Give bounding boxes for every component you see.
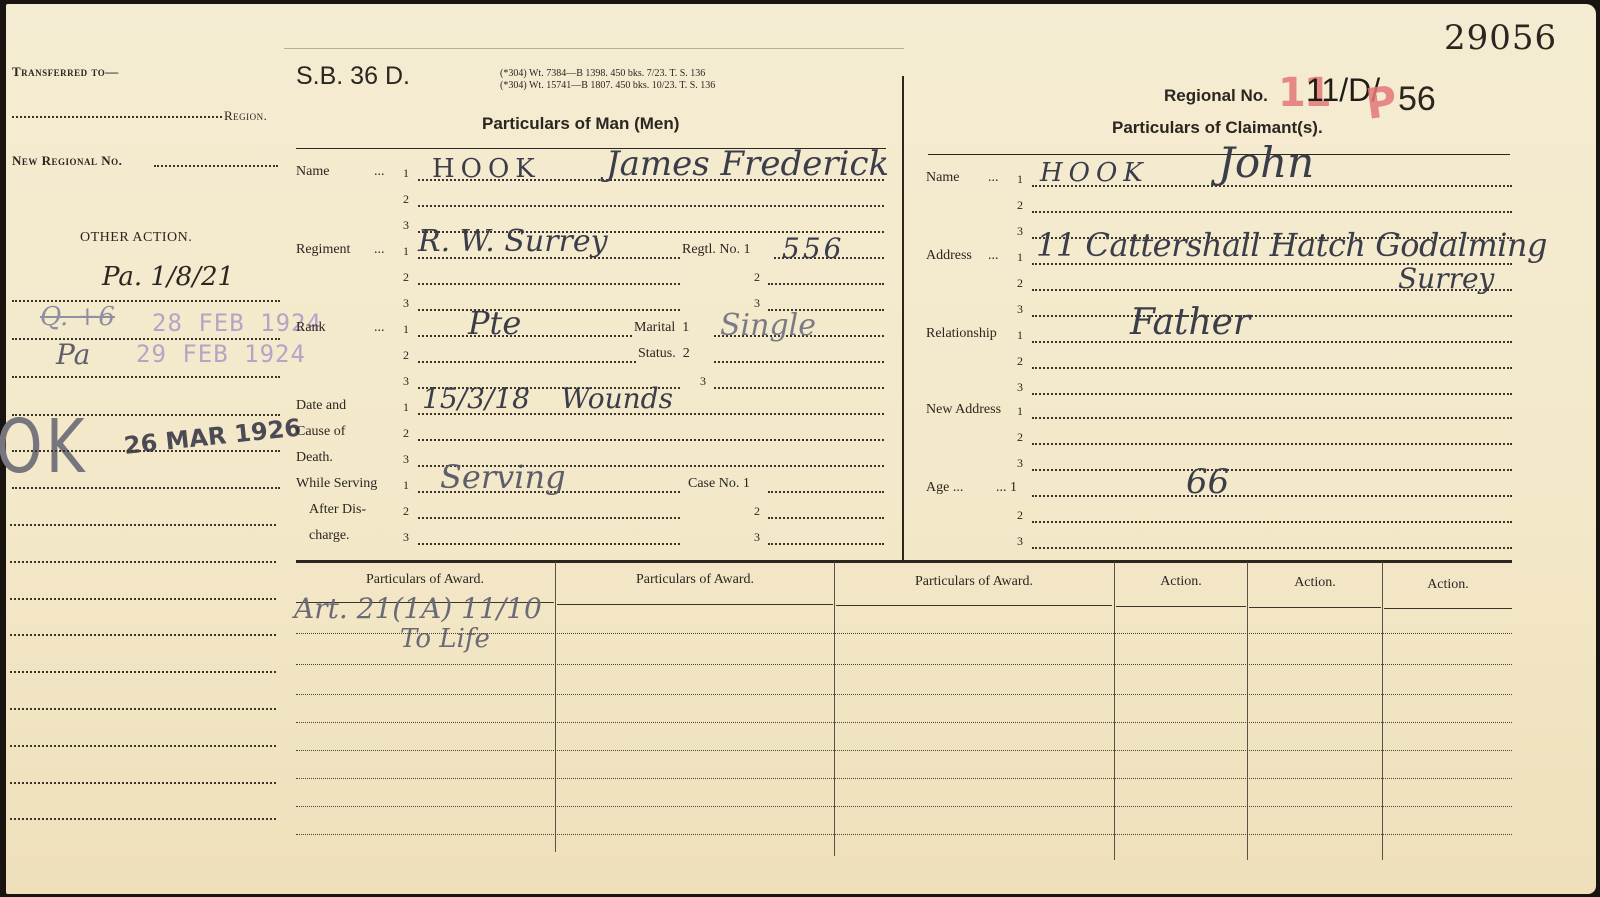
pension-record-card: 29056 Transferred to— Region. New Region… [6, 4, 1596, 894]
while-serving-value: Serving [440, 458, 566, 496]
regiment-value: R. W. Surrey [418, 224, 608, 259]
award-col-divider-4 [1247, 562, 1248, 860]
man-name-line-2 [418, 205, 884, 207]
other-action-line-14 [10, 782, 276, 784]
man-surname: HOOK [432, 154, 541, 184]
claimant-name-line-2-num: 2 [1017, 198, 1023, 213]
region-line [12, 116, 222, 118]
date-cause-of-death-value: 15/3/18 Wounds [422, 382, 673, 415]
marital-line-3 [714, 387, 884, 389]
other-action-line-5 [12, 450, 280, 452]
regtl-no-line-2 [768, 283, 884, 285]
age-value: 66 [1186, 462, 1229, 502]
case-no-label: Case No. 1 [688, 476, 750, 492]
man-name-label: Name [296, 164, 329, 180]
death-line-1-num: 1 [403, 400, 409, 415]
claimant-heading: Particulars of Claimant(s). [1112, 118, 1323, 138]
rank-line-1 [418, 335, 632, 337]
regiment-line-1-num: 1 [403, 244, 409, 259]
address-line-3 [1032, 315, 1512, 317]
award-header-rule-6 [1384, 608, 1512, 609]
rank-label: Rank [296, 320, 326, 336]
claimant-name-label: Name [926, 170, 959, 186]
relationship-line-2-num: 2 [1017, 354, 1023, 369]
other-action-line-12 [10, 708, 276, 710]
case-no-label-text: Case No. [688, 476, 739, 491]
other-action-line-8 [10, 561, 276, 563]
relationship-value: Father [1130, 302, 1250, 343]
other-action-line-9 [10, 598, 276, 600]
new-address-line-2-num: 2 [1017, 430, 1023, 445]
rank-line-2-num: 2 [403, 348, 409, 363]
rank-line-2 [418, 361, 636, 363]
relationship-label: Relationship [926, 326, 997, 342]
award-row-line-5 [296, 750, 1512, 751]
rank-value: Pte [468, 304, 521, 342]
award-row-line-3 [296, 694, 1512, 695]
serving-line-3 [418, 543, 680, 545]
award-col-header-1: Particulars of Award. [296, 572, 554, 588]
claimant-surname: HOOK [1040, 158, 1149, 188]
transferred-to-label: Transferred to— [12, 64, 119, 80]
new-address-line-1-num: 1 [1017, 404, 1023, 419]
new-regional-no-line [154, 165, 278, 167]
address-line-2-num: 2 [1017, 276, 1023, 291]
man-forenames: James Frederick [606, 144, 889, 184]
award-col-divider-5 [1382, 562, 1383, 860]
marital-line-2 [714, 361, 884, 363]
regiment-line-3-num: 3 [403, 296, 409, 311]
after-dis-label: After Dis- [309, 502, 366, 518]
regiment-line-2 [418, 283, 680, 285]
marital-status-value: Single [720, 308, 816, 343]
address-dots-lead: ... [988, 248, 999, 264]
relationship-line-2 [1032, 367, 1512, 369]
age-line-2-num: 2 [1017, 508, 1023, 523]
award-col-divider-2 [834, 562, 835, 856]
award-entry-line-2: To Life [400, 624, 490, 654]
award-col-divider-3 [1114, 562, 1115, 860]
age-line-3 [1032, 547, 1512, 549]
other-action-line-3 [12, 376, 280, 378]
regiment-line-3 [418, 309, 680, 311]
marital-label: Marital 1 [634, 320, 689, 336]
regiment-label: Regiment [296, 242, 350, 258]
case-no-line-2-num: 2 [754, 504, 760, 519]
death-label: Death. [296, 450, 333, 466]
new-address-label: New Address [926, 402, 1001, 418]
claimant-name-line-1-num: 1 [1017, 172, 1023, 187]
age-line-3-num: 3 [1017, 534, 1023, 549]
serving-line-1-num: 1 [403, 478, 409, 493]
action-col-header-1: Action. [1115, 574, 1247, 590]
death-line-2 [418, 439, 884, 441]
form-code: S.B. 36 D. [296, 62, 410, 91]
award-row-line-7 [296, 806, 1512, 807]
relationship-line-3-num: 3 [1017, 380, 1023, 395]
man-name-line-2-num: 2 [403, 192, 409, 207]
age-line-2 [1032, 521, 1512, 523]
regtl-no-label: Regtl. No. 1 [682, 242, 750, 258]
new-address-line-1 [1032, 417, 1512, 419]
other-action-line-7 [10, 524, 276, 526]
address-line-1-num: 1 [1017, 250, 1023, 265]
award-entry-line-1: Art. 21(1A) 11/10 [294, 592, 542, 625]
section-divider [902, 76, 904, 562]
man-heading: Particulars of Man (Men) [482, 114, 679, 134]
relationship-line-1-num: 1 [1017, 328, 1023, 343]
address-value-line-1: 11 Cattershall Hatch Godalming [1036, 226, 1547, 264]
address-value-line-2: Surrey [1398, 262, 1494, 295]
case-no-line-2 [768, 517, 884, 519]
case-no-line-3 [768, 543, 884, 545]
award-header-rule-2 [557, 604, 833, 605]
regional-no-suffix: 56 [1398, 80, 1436, 119]
action-col-header-3: Action. [1383, 577, 1513, 593]
rank-line-3-num: 3 [403, 374, 409, 389]
rank-line-1-num: 1 [403, 322, 409, 337]
charge-label: charge. [309, 528, 350, 544]
print-line-2: (*304) Wt. 15741—B 1807. 450 bks. 10/23.… [500, 80, 715, 91]
action-col-header-2: Action. [1248, 575, 1382, 591]
new-address-line-2 [1032, 443, 1512, 445]
case-no-line-1 [768, 491, 884, 493]
age-label: Age ... [926, 480, 963, 496]
regional-no-red-stamp: P [1363, 76, 1400, 129]
marital-label-text: Marital [634, 320, 675, 335]
card-number: 29056 [1444, 18, 1557, 58]
status-label: Status. 2 [638, 346, 690, 362]
man-name-dots-lead: ... [374, 164, 385, 180]
other-action-entry-2: Q. +6 [40, 302, 115, 332]
other-action-line-15 [10, 818, 276, 820]
ok-stamp: OK [0, 404, 88, 490]
other-action-entry-1: Pa. 1/8/21 [102, 262, 234, 292]
award-row-line-6 [296, 778, 1512, 779]
serving-line-3-num: 3 [403, 530, 409, 545]
top-rule-left [284, 48, 904, 49]
other-action-line-11 [10, 671, 276, 673]
claimant-name-line-2 [1032, 211, 1512, 213]
award-row-line-8 [296, 834, 1512, 835]
age-dots-lead: ... 1 [996, 480, 1017, 496]
new-address-line-3 [1032, 469, 1512, 471]
new-address-line-3-num: 3 [1017, 456, 1023, 471]
man-name-line-3-num: 3 [403, 218, 409, 233]
while-serving-label: While Serving [296, 476, 377, 492]
regional-no-label: Regional No. [1164, 86, 1268, 106]
other-action-line-13 [10, 745, 276, 747]
cause-of-label: Cause of [296, 424, 345, 440]
award-row-line-2 [296, 664, 1512, 665]
regtl-no-value: 556 [782, 232, 844, 265]
award-col-divider-1 [555, 562, 556, 852]
other-action-entry-3: Pa [56, 338, 90, 371]
death-line-3-num: 3 [403, 452, 409, 467]
serving-line-2-num: 2 [403, 504, 409, 519]
regiment-dots-lead: ... [374, 242, 385, 258]
other-action-heading: OTHER ACTION. [80, 230, 192, 246]
regtl-no-line-2-num: 2 [754, 270, 760, 285]
relationship-line-3 [1032, 393, 1512, 395]
award-row-line-1 [296, 633, 1512, 634]
address-line-3-num: 3 [1017, 302, 1023, 317]
other-action-line-10 [10, 634, 276, 636]
print-line-1: (*304) Wt. 7384—B 1398. 450 bks. 7/23. T… [500, 68, 705, 79]
claimant-name-line-3-num: 3 [1017, 224, 1023, 239]
award-header-rule-5 [1249, 607, 1381, 608]
claimant-forename: John [1218, 138, 1314, 187]
serving-line-2 [418, 517, 680, 519]
region-label: Region. [224, 108, 267, 124]
award-col-header-3: Particulars of Award. [835, 574, 1113, 590]
date-stamp-29-feb-1924: 29 FEB 1924 [136, 340, 306, 368]
new-regional-no-label: New Regional No. [12, 153, 122, 169]
award-header-rule-3 [836, 605, 1112, 606]
address-label: Address [926, 248, 972, 264]
award-header-rule-4 [1116, 606, 1246, 607]
age-line-1 [1032, 495, 1512, 497]
award-col-header-2: Particulars of Award. [556, 572, 834, 588]
award-row-line-4 [296, 722, 1512, 723]
ok-date-stamp: 26 MAR 1926 [123, 413, 303, 459]
regiment-line-2-num: 2 [403, 270, 409, 285]
regtl-no-label-text: Regtl. No. [682, 242, 740, 257]
other-action-line-6 [12, 487, 280, 489]
death-line-2-num: 2 [403, 426, 409, 441]
award-table-top-rule [296, 560, 1512, 563]
relationship-line-1 [1032, 341, 1512, 343]
marital-line-3-num: 3 [700, 374, 706, 389]
rank-dots-lead: ... [374, 320, 385, 336]
date-and-label: Date and [296, 398, 346, 414]
status-label-text: Status. [638, 346, 676, 361]
claimant-name-dots-lead: ... [988, 170, 999, 186]
case-no-line-3-num: 3 [754, 530, 760, 545]
man-name-line-1-num: 1 [403, 166, 409, 181]
